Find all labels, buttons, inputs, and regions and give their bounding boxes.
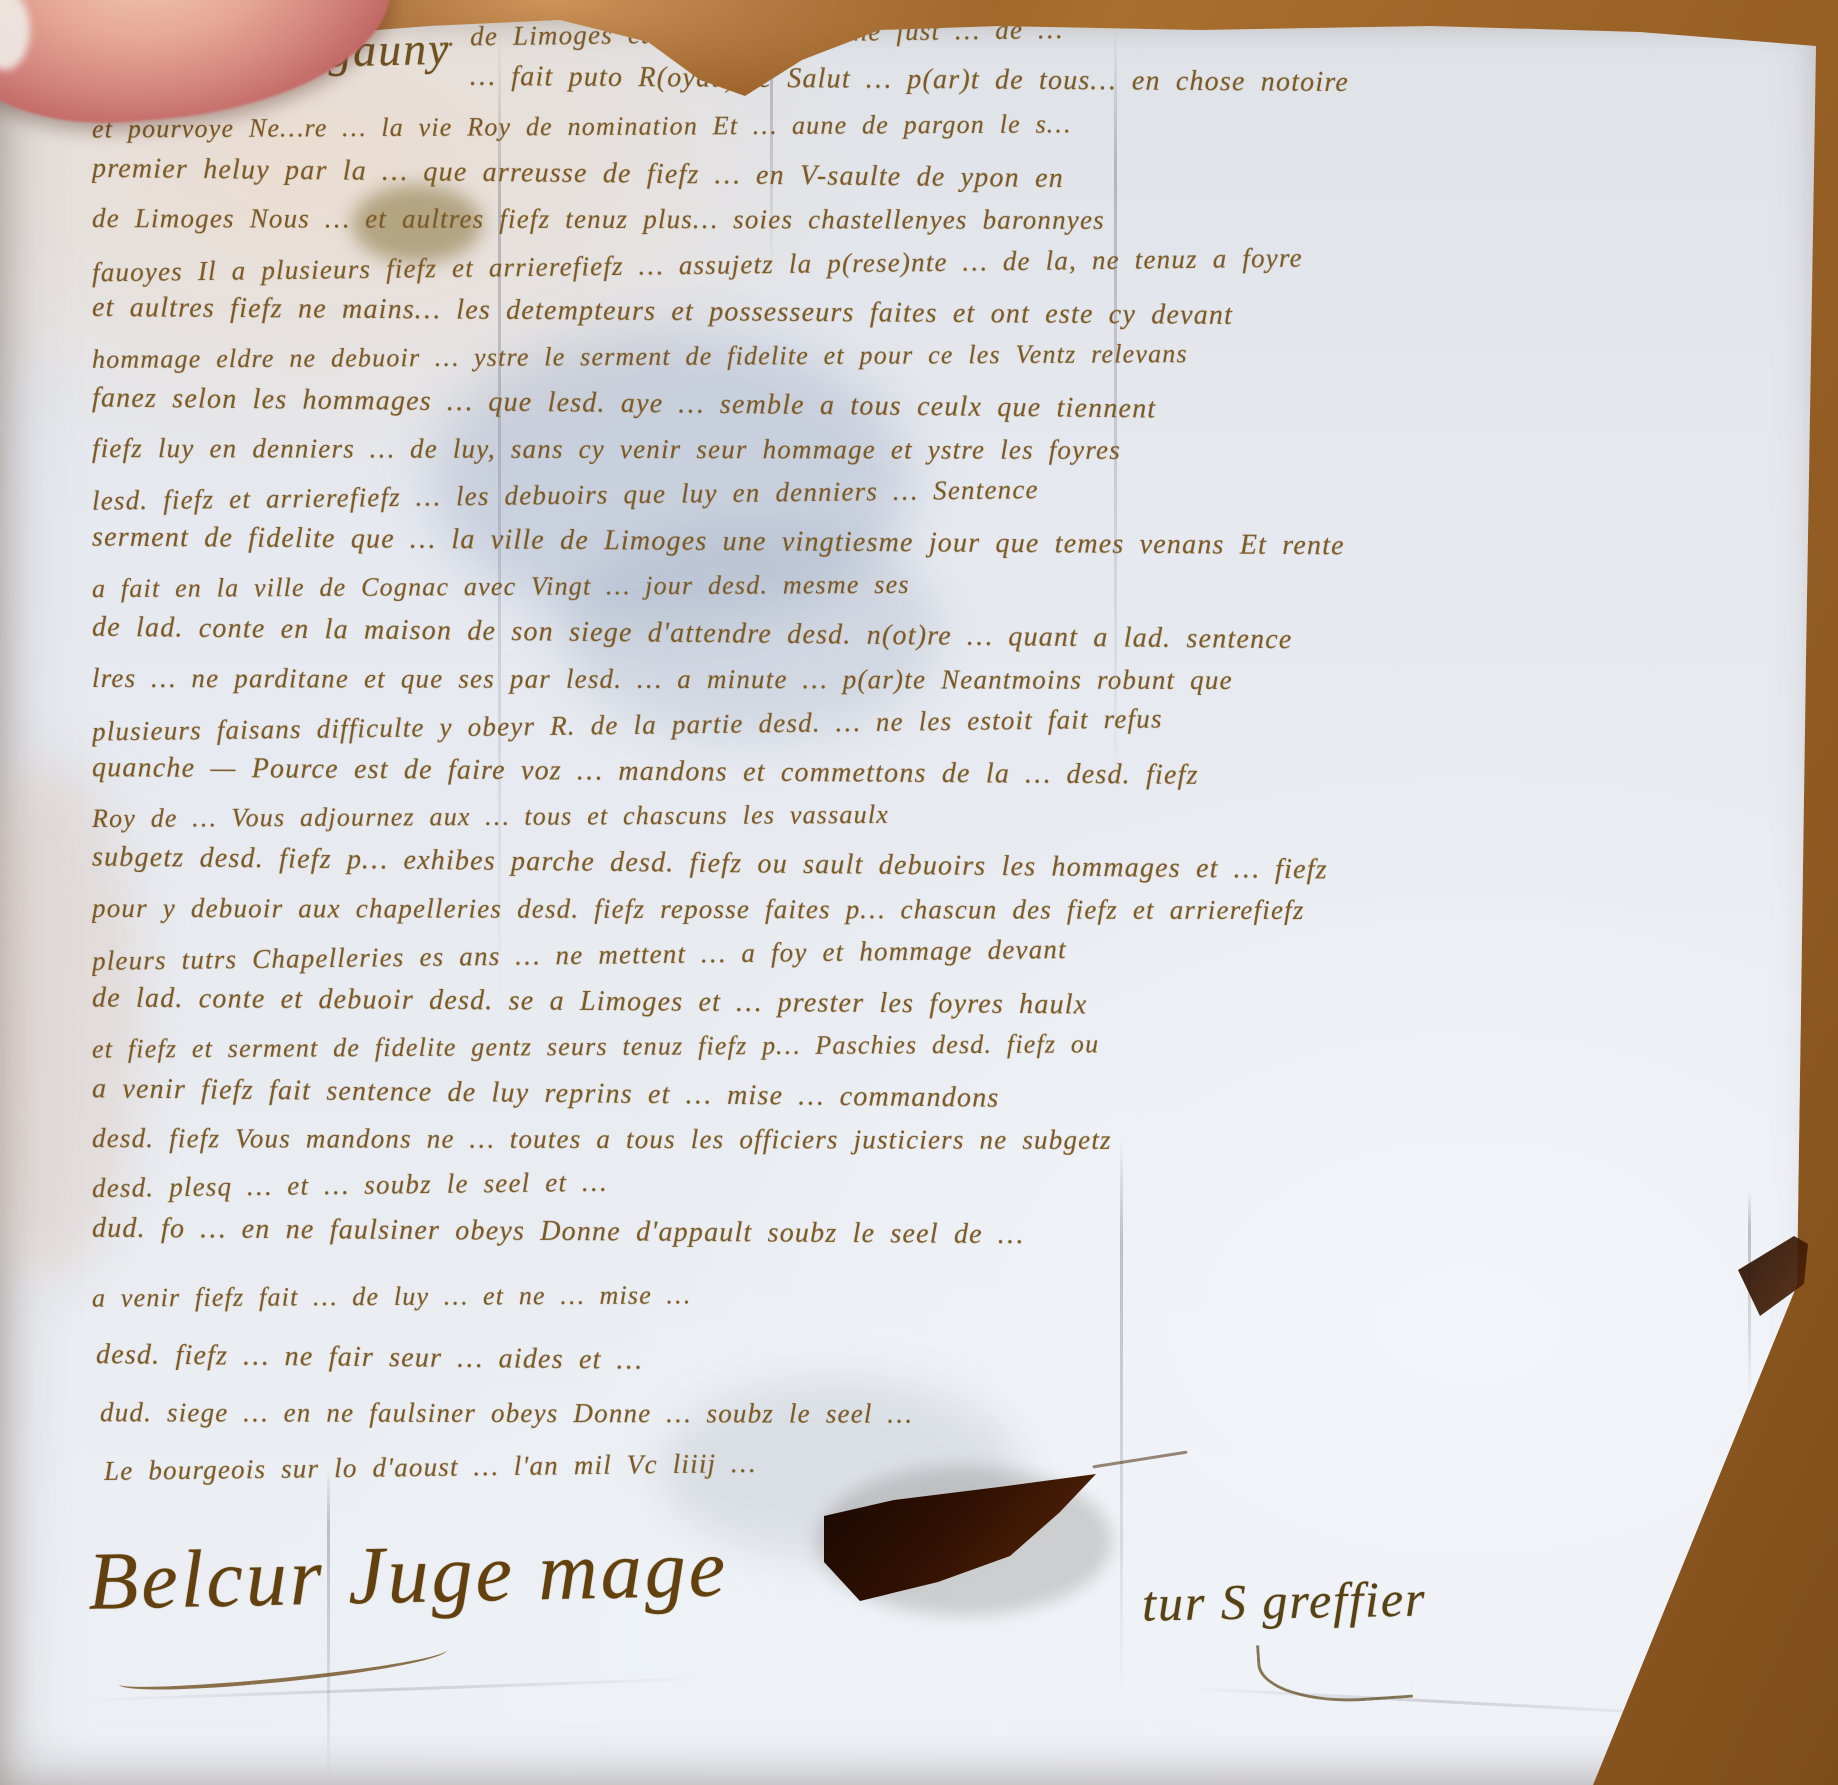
manuscript-line: lesd. fiefz et arrierefiefz … les debuoi… xyxy=(92,474,1039,517)
manuscript-line: fanez selon les hommages … que lesd. aye… xyxy=(92,382,1157,425)
manuscript-line: hommage eldre ne debuoir … ystre le serm… xyxy=(92,339,1188,375)
tear-line xyxy=(1092,1451,1187,1469)
manuscript-photo: Charles de gauny … de Limoges et de plai… xyxy=(0,0,1838,1785)
manuscript-line: fiefz luy en denniers … de luy, sans cy … xyxy=(92,433,1121,466)
manuscript-line: Le bourgeois sur lo d'aoust … l'an mil V… xyxy=(104,1448,757,1487)
manuscript-line: dud. fo … en ne faulsiner obeys Donne d'… xyxy=(92,1213,1024,1252)
manuscript-line: premier heluy par la … que arreusse de f… xyxy=(92,153,1064,195)
signature-paraph xyxy=(1256,1635,1413,1709)
signature-juge-mage: Belcur Juge mage xyxy=(87,1521,729,1628)
manuscript-line: et fiefz et serment de fidelite gentz se… xyxy=(92,1029,1099,1064)
fold-crease xyxy=(327,1470,330,1785)
manuscript-line: quanche — Pource est de faire voz … mand… xyxy=(92,752,1199,792)
manuscript-line: fauoyes Il a plusieurs fiefz et arrieref… xyxy=(92,243,1303,289)
manuscript-line: pleurs tutrs Chapelleries es ans … ne me… xyxy=(92,934,1067,977)
manuscript-line: et pourvoye Ne…re … la vie Roy de nomina… xyxy=(92,109,1071,144)
manuscript-line: plusieurs faisans difficulte y obeyr R. … xyxy=(92,703,1163,747)
manuscript-line: lres … ne parditane et que ses par lesd.… xyxy=(92,663,1233,696)
manuscript-line: a venir fiefz fait … de luy … et ne … mi… xyxy=(92,1280,691,1313)
fold-crease xyxy=(1120,1140,1123,1700)
manuscript-line: et aultres fiefz ne mains… les detempteu… xyxy=(92,292,1233,332)
manuscript-line: de Limoges Nous … et aultres fiefz tenuz… xyxy=(92,203,1105,236)
manuscript-line: … fait puto R(oyau)me Salut … p(ar)t de … xyxy=(470,61,1349,99)
signature-flourish xyxy=(117,1638,448,1697)
signature-greffier: tur S greffier xyxy=(1142,1570,1427,1633)
manuscript-line: subgetz desd. fiefz p… exhibes parche de… xyxy=(92,842,1328,887)
manuscript-line: dud. siege … en ne faulsiner obeys Donne… xyxy=(100,1397,913,1429)
manuscript-line: desd. fiefz … ne fair seur … aides et … xyxy=(96,1339,643,1377)
manuscript-line: de lad. conte en la maison de son siege … xyxy=(92,612,1293,657)
manuscript-line: de lad. conte et debuoir desd. se a Limo… xyxy=(92,983,1088,1022)
manuscript-line: desd. plesq … et … soubz le seel et … xyxy=(92,1167,608,1204)
fold-crease xyxy=(1180,1686,1699,1716)
manuscript-line: pour y debuoir aux chapelleries desd. fi… xyxy=(92,893,1305,926)
manuscript-line: a fait en la ville de Cognac avec Vingt … xyxy=(92,570,910,604)
parchment: Charles de gauny … de Limoges et de plai… xyxy=(0,0,1838,1785)
manuscript-line: Roy de … Vous adjournez aux … tous et ch… xyxy=(92,800,889,834)
manuscript-line: a venir fiefz fait sentence de luy repri… xyxy=(92,1073,1000,1115)
manuscript-line: desd. fiefz Vous mandons ne … toutes a t… xyxy=(92,1123,1112,1156)
manuscript-line: serment de fidelite que … la ville de Li… xyxy=(92,522,1345,563)
